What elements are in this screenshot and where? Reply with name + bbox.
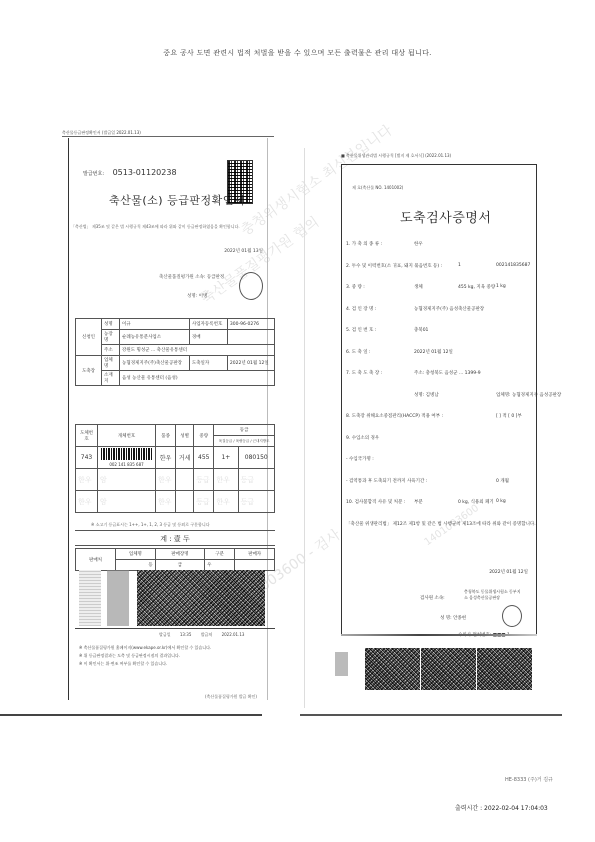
grader-name: 성명: 이병	[187, 293, 207, 299]
footnote: ※ 이 확인서는 위·변조 여부를 확인할 수 있습니다.	[79, 660, 275, 668]
grade-certificate-description: 「축산법」 제35조 및 같은 법 시행규칙 제43조에 따라 위와 같이 등급…	[71, 224, 240, 230]
item-value: 충북01	[414, 327, 428, 333]
stamp-code: HE-8333 (주)거 김규	[505, 776, 553, 783]
footnote: ※ 축산물품질평가원 홈페이지(www.ekape.or.kr)에서 확인할 수…	[79, 644, 275, 652]
ghost-cell: 등급	[238, 469, 275, 491]
item-label: 3. 중 량 :	[346, 285, 365, 290]
footnote: ※ 위 등급판정결과는 도축 및 등급판정시점의 결과입니다.	[79, 652, 275, 660]
issuer-row: 발급일 13:35 발급처 2022.01.13	[159, 632, 244, 638]
confidential-notice: 중요 공사 도면 관련시 법적 처벌을 받을 수 있으며 모든 출력물은 관리 …	[0, 48, 595, 58]
item-label: 「축산물 위생관리법」 제12조 제1항 및 같은 법 시행규칙 제13조에 따…	[346, 522, 536, 527]
inspection-item: 1. 가 축 의 종 류 :한우	[346, 241, 536, 263]
inspection-item: 3. 중 량 :생체455 kg, 지육 중량1 kg	[346, 284, 536, 306]
seller-table: 판매처 업체명 판매장명 구분 판매자 등 급 우	[75, 548, 275, 571]
item-label: 7. 도 축 도 축 장 :	[346, 371, 382, 376]
inspection-item: 2. 두수 및 이력번호(소 귀표, 돼지 묶음번호 등) :100214183…	[346, 263, 536, 285]
inspection-item: 5. 검 인 번 호 :충북01	[346, 327, 536, 349]
item-label: 9. 수입소의 경우	[346, 436, 379, 441]
item-value: 업체명: 농협경제지주 음성공판장	[496, 392, 561, 398]
scanned-image	[335, 652, 348, 676]
column-header: 성별	[176, 425, 194, 447]
table-row: 743 002 141 835 687 한우 거세 455 1+ 080150	[76, 447, 275, 469]
ghost-cell: 등급	[238, 491, 275, 513]
cell: 사업자등록번호	[189, 319, 227, 330]
item-value: 002141835687	[496, 263, 530, 268]
inspection-item: 9. 수입소의 경우	[346, 435, 536, 457]
item-value: 1	[458, 263, 461, 268]
breed: 한우	[156, 447, 176, 469]
divider	[341, 634, 537, 636]
cell: 업체명	[102, 356, 120, 371]
inspection-item: 4. 검 인 장 명 :농협경제지주(주) 음성축산물공판장	[346, 306, 536, 328]
ghost-cell: 암	[98, 469, 156, 491]
scanned-image	[365, 648, 420, 690]
issue-date: 2022.01.13	[222, 632, 245, 637]
grade-certificate-date: 2022년 01월 13일	[224, 248, 263, 254]
cell: 300-96-0276	[227, 319, 274, 330]
item-label: 1. 가 축 의 종 류 :	[346, 242, 382, 247]
owner-section-label: 신청인	[76, 319, 102, 356]
issue-number: 발급번호: 0513-01120238	[83, 168, 177, 177]
cell: 성명	[102, 319, 120, 330]
print-time: 출력시간 : 2022-02-04 17:04:03	[455, 803, 548, 812]
cell: 음성 농산물 유통센터 (음성)	[120, 371, 275, 386]
ghost-cell: 암	[98, 491, 156, 513]
item-value: [ ] 적 [ 0 ]부	[496, 413, 522, 419]
cell: 강원도 횡성군 ... 축산물유통센터	[120, 345, 275, 356]
inspection-item: - 검역통과 후 도축되기 전까지 사육기간 :0 개월	[346, 478, 536, 500]
column-header: 도체번호	[76, 425, 98, 447]
scanned-image	[137, 570, 265, 626]
inspector-org-label: 검사원 소속:	[420, 595, 445, 601]
item-value: 1 kg	[496, 284, 506, 289]
item-value: 0 kg	[496, 499, 506, 504]
item-value: 농협경제지주(주) 음성축산물공판장	[414, 306, 484, 312]
grade-code: 080150	[238, 447, 275, 469]
total-count: 계 : 壹 두	[75, 530, 275, 546]
inspection-item: 8. 도축장 위해요소중점관리(HACCP) 적용 여부 :[ ] 적 [ 0 …	[346, 413, 536, 435]
inspection-item: 10. 검사불합격 사유 및 처분 :부분0 kg, 식용외 폐기0 kg	[346, 499, 536, 521]
grade-certificate-title: 축산물(소) 등급판정확인서	[109, 192, 245, 208]
item-label: - 수입국가명 :	[346, 457, 374, 462]
item-value: 성명: 김병남	[414, 392, 439, 398]
item-value: 0 개월	[496, 478, 509, 484]
left-header-line: 축산물등급판정확인서 (발급일 2022.01.13)	[62, 130, 274, 136]
issue-number-label: 발급번호:	[83, 171, 104, 177]
ghost-cell: 등급	[194, 491, 214, 513]
item-label: 6. 도 축 일 :	[346, 350, 371, 355]
inspection-item: 6. 도 축 일 :2022년 01월 12일	[346, 349, 536, 371]
column-header: 품종	[156, 425, 176, 447]
cell: 급	[155, 560, 204, 571]
column-header: 개체번호	[98, 425, 156, 447]
animal-id: 002 141 835 687	[100, 462, 153, 467]
owner-table: 신청인 성명 이규 사업자등록번호 300-96-0276 농장명 순례농유통분…	[75, 318, 275, 386]
official-seal-icon	[239, 272, 263, 300]
cell	[227, 330, 274, 345]
table-row-empty: 한우 암 한우 등급 한우 등급	[76, 469, 275, 491]
inspection-item: - 수입국가명 :	[346, 456, 536, 478]
issue-number-value: 0513-01120238	[113, 168, 177, 177]
scanned-image	[421, 648, 476, 690]
column-header: 판매장명	[155, 549, 204, 560]
inspection-items: 1. 가 축 의 종 류 :한우2. 두수 및 이력번호(소 귀표, 돼지 묶음…	[346, 241, 536, 542]
column-header: 등급	[214, 425, 275, 436]
item-value: 455 kg, 지육 중량	[458, 284, 495, 290]
column-header: 중량	[194, 425, 214, 447]
column-header: 업체명	[116, 549, 156, 560]
cell: 도축일자	[189, 356, 227, 371]
inspection-item: 7. 도 축 도 축 장 :주소: 충청북도 음성군 ... 1399-9	[346, 370, 536, 392]
inspector-organization: 충청북도 동물위생시험소 동부지소 음성축산물공판장	[464, 589, 524, 601]
ghost-cell: 한우	[156, 469, 176, 491]
product-table: 도체번호 개체번호 품종 성별 중량 등급 육질등급 / 육량등급 / 근내지방…	[75, 424, 275, 513]
cell: 소재지	[102, 371, 120, 386]
official-seal-icon	[502, 605, 522, 627]
column-header: 판매자	[235, 549, 275, 560]
inspection-certificate-title: 도축검사증명서	[400, 207, 491, 226]
ghost-cell: 한우	[214, 491, 238, 513]
right-header-line: ■ 축산물위생관리법 시행규칙 [별지 제 호서식] (2022.01.13)	[341, 153, 451, 159]
inspection-item: 「축산물 위생관리법」 제12조 제1항 및 같은 법 시행규칙 제13조에 따…	[346, 521, 536, 543]
footnotes: ※ 축산물품질평가원 홈페이지(www.ekape.or.kr)에서 확인할 수…	[79, 644, 275, 668]
item-value: 주소: 충청북도 음성군 ... 1399-9	[414, 370, 481, 376]
cell: 주소	[102, 345, 120, 356]
grade-subheader: 육질등급 / 육량등급 / 근내지방도	[214, 436, 275, 447]
certificate-number: 제 호(축산물 NO. 1401002)	[352, 185, 403, 191]
column-header: 구분	[205, 549, 235, 560]
grade-note: ※ 소고기 등급표시는 1++, 1+, 1, 2, 3 등급 및 등외로 구분…	[91, 522, 210, 528]
item-value: 2022년 01월 12일	[414, 349, 453, 355]
cell	[235, 560, 275, 571]
issue-time: 발급일 13:35	[159, 632, 191, 637]
divider	[300, 714, 562, 716]
cell: 농협경제지주(주)축산물공판장	[120, 356, 190, 371]
item-label: 8. 도축장 위해요소중점관리(HACCP) 적용 여부 :	[346, 414, 443, 419]
scanned-image	[79, 570, 101, 626]
cell: 농장명	[102, 330, 120, 345]
barcode-icon	[101, 448, 153, 460]
inspection-date: 2022년 01월 12일	[489, 569, 528, 575]
ghost-cell: 한우	[76, 469, 98, 491]
quality-grade: 1+	[214, 447, 238, 469]
slaughter-section-label: 도축장	[76, 356, 102, 386]
item-label: 2. 두수 및 이력번호(소 귀표, 돼지 묶음번호 등) :	[346, 264, 442, 269]
scanned-image	[107, 570, 129, 626]
grade-certificate: 축산물등급판정확인서 (발급일 2022.01.13) 발급번호: 0513-0…	[62, 122, 274, 702]
grader-organization: 축산물품질평가원 소속: 등급판정	[159, 274, 224, 280]
item-value: 0 kg, 식용외 폐기	[458, 499, 494, 505]
ghost-cell: 등급	[194, 469, 214, 491]
scanned-image	[477, 648, 532, 690]
ghost-cell: 한우	[156, 491, 176, 513]
cell: 2022년 01월 12일	[227, 356, 274, 371]
cell: 경매	[189, 330, 227, 345]
sex: 거세	[176, 447, 194, 469]
inspection-certificate-frame: 제 호(축산물 NO. 1401002) 도축검사증명서 1. 가 축 의 종 …	[341, 164, 537, 636]
issuer: 발급처	[201, 632, 213, 637]
inspector-name: 성 명: 안종현	[440, 615, 466, 621]
table-row-empty: 한우 암 한우 등급 한우 등급	[76, 491, 275, 513]
grade-certificate-frame: 발급번호: 0513-01120238 축산물(소) 등급판정확인서 「축산법」…	[68, 138, 268, 700]
ghost-cell: 한우	[214, 469, 238, 491]
slaughter-inspection-certificate: ■ 축산물위생관리법 시행규칙 [별지 제 호서식] (2022.01.13) …	[304, 148, 564, 708]
cell: 이규	[120, 319, 190, 330]
item-label: 10. 검사불합격 사유 및 처분 :	[346, 500, 405, 505]
item-value: 부분	[414, 499, 423, 505]
divider	[0, 714, 262, 716]
inspection-item: 성명: 김병남업체명: 농협경제지주 음성공판장	[346, 392, 536, 414]
ghost-cell: 한우	[76, 491, 98, 513]
weight: 455	[194, 447, 214, 469]
item-label: - 검역통과 후 도축되기 전까지 사육기간 :	[346, 479, 427, 484]
carcass-number: 743	[76, 447, 98, 469]
seller-section-label: 판매처	[76, 549, 116, 571]
item-label: 4. 검 인 장 명 :	[346, 307, 376, 312]
item-value: 한우	[414, 241, 423, 247]
cell: 우	[205, 560, 235, 571]
cell: 등	[116, 560, 156, 571]
item-label: 5. 검 인 번 호 :	[346, 328, 376, 333]
left-footer: (축산물품질평가원 발급 확인)	[205, 694, 257, 700]
divider	[75, 628, 275, 629]
item-value: 생체	[414, 284, 423, 290]
cell: 순례농유통분사업소	[120, 330, 190, 345]
